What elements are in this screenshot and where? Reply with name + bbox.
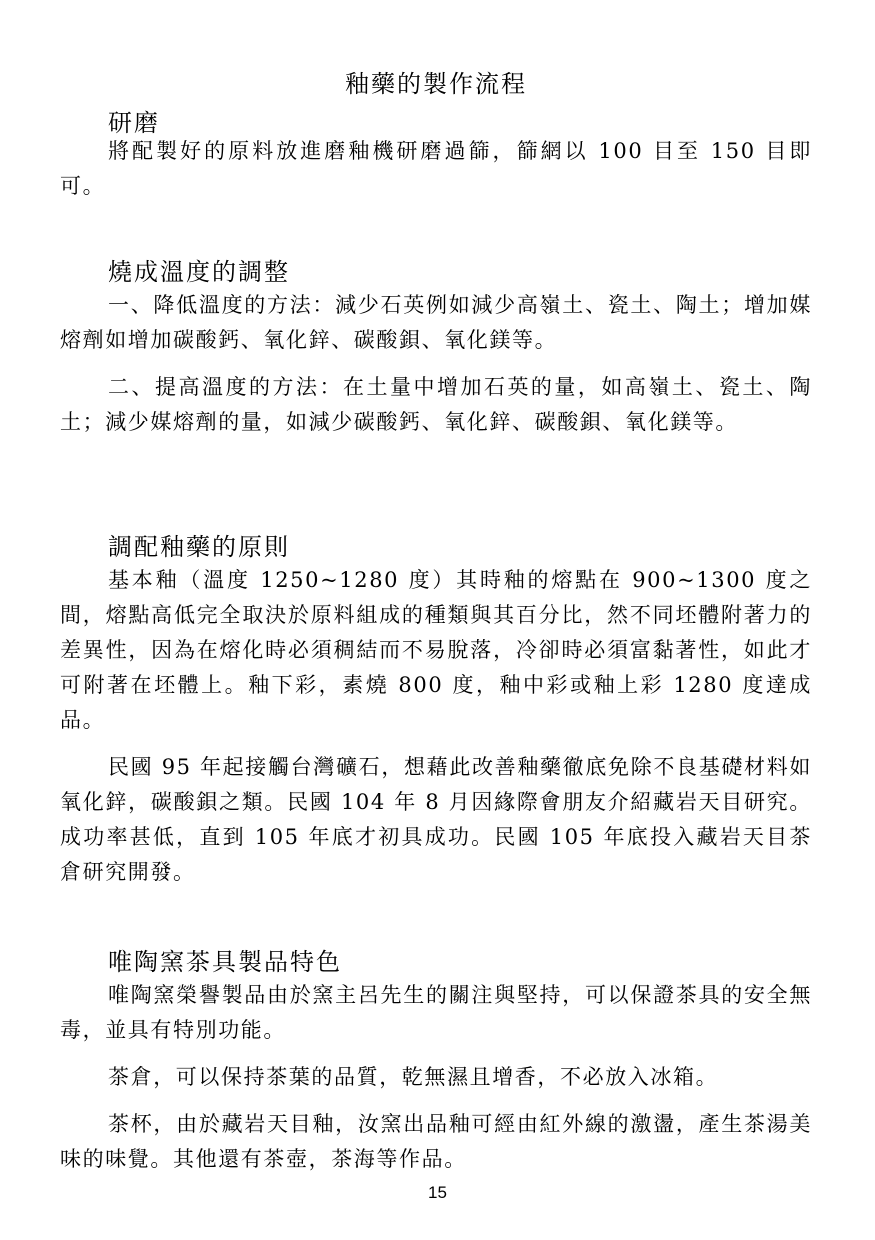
paragraph-tea-caddy: 茶倉，可以保持茶葉的品質，乾無濕且增香，不必放入冰箱。 bbox=[60, 1060, 812, 1095]
page-number: 15 bbox=[0, 1183, 875, 1203]
paragraph-lower-temperature: 一、降低溫度的方法：減少石英例如減少高嶺土、瓷土、陶土；增加媒熔劑如增加碳酸鈣、… bbox=[60, 288, 812, 358]
paragraph-raise-temperature: 二、提高溫度的方法：在土量中增加石英的量，如高嶺土、瓷土、陶土；減少媒熔劑的量，… bbox=[60, 370, 812, 440]
page-title: 釉藥的製作流程 bbox=[60, 64, 812, 99]
paragraph-grinding: 將配製好的原料放進磨釉機研磨過篩，篩網以 100 目至 150 目即可。 bbox=[60, 134, 812, 204]
section-heading-firing-temperature: 燒成溫度的調整 bbox=[108, 252, 290, 287]
paragraph-history: 民國 95 年起接觸台灣礦石，想藉此改善釉藥徹底免除不良基礎材料如氧化鋅，碳酸鋇… bbox=[60, 750, 812, 890]
section-heading-grinding: 研磨 bbox=[108, 103, 160, 138]
section-heading-glaze-principles: 調配釉藥的原則 bbox=[108, 527, 290, 562]
paragraph-product-intro: 唯陶窯榮譽製品由於窯主呂先生的關注與堅持，可以保證茶具的安全無毒，並具有特別功能… bbox=[60, 978, 812, 1048]
section-heading-product-features: 唯陶窯茶具製品特色 bbox=[108, 942, 342, 977]
paragraph-base-glaze: 基本釉（溫度 1250~1280 度）其時釉的熔點在 900~1300 度之間，… bbox=[60, 563, 812, 738]
paragraph-tea-cup: 茶杯，由於藏岩天目釉，汝窯出品釉可經由紅外線的激盪，產生茶湯美味的味覺。其他還有… bbox=[60, 1107, 812, 1177]
